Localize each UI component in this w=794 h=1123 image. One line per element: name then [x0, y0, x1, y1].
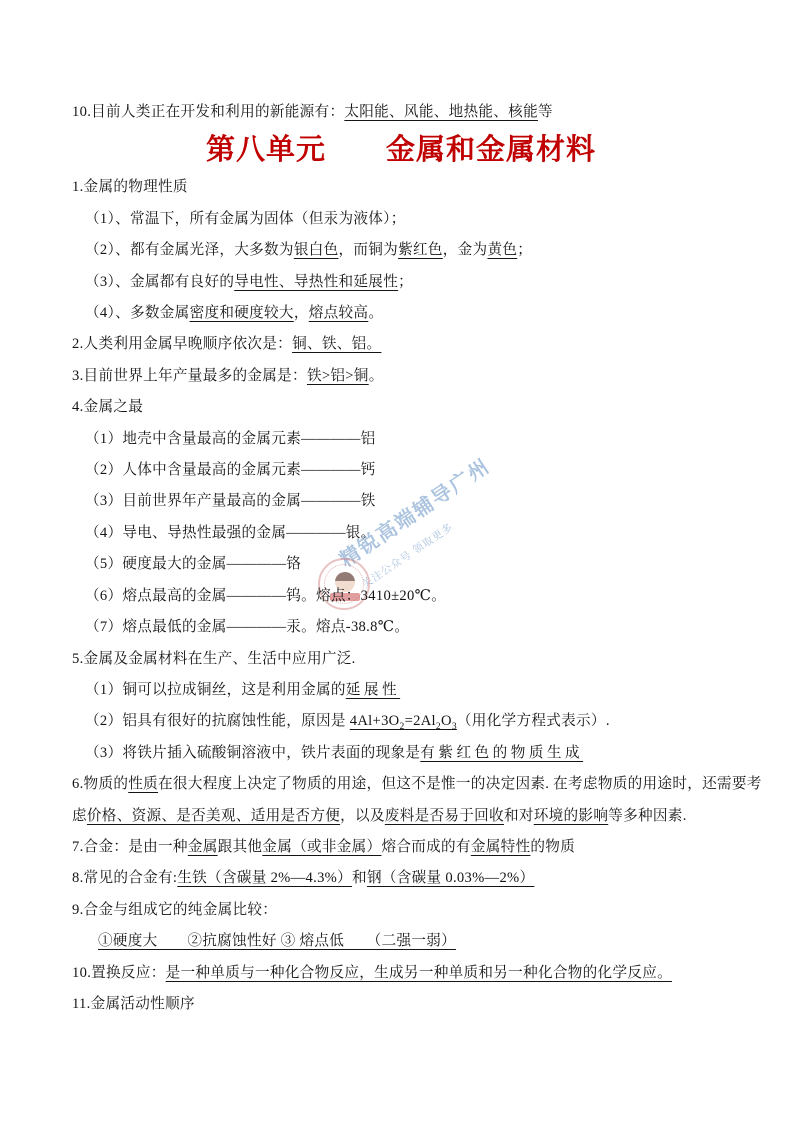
- underlined-text: 导电性、导热性和延展性: [234, 274, 398, 290]
- text-run: （2）铝具有很好的抗腐蚀性能，原因是: [85, 713, 350, 729]
- underlined-text: 金属特性: [471, 839, 531, 855]
- text-run: （3）、金属都有良好的: [85, 274, 234, 290]
- paragraph: （3）、金属都有良好的导电性、导热性和延展性；: [72, 267, 730, 298]
- paragraph: （1）铜可以拉成铜丝，这是利用金属的延展性: [72, 675, 730, 706]
- document-body: 10.目前人类正在开发和利用的新能源有：太阳能、风能、地热能、核能等第八单元 金…: [0, 0, 794, 1020]
- text-run: ；: [398, 274, 413, 290]
- underlined-text: 钢（含碳量 0.03%—2%）: [367, 870, 534, 886]
- text-run: 2.人类利用金属早晚顺序依次是：: [72, 336, 292, 352]
- paragraph: （2）铝具有很好的抗腐蚀性能，原因是 4Al+3O2=2Al2O3（用化学方程式…: [72, 706, 730, 737]
- text-run: 8.常见的合金有:: [72, 870, 177, 886]
- paragraph: 虑价格、资源、是否美观、适用是否方便，以及废料是否易于回收和对环境的影响等多种因…: [72, 801, 730, 832]
- underlined-text: 密度和硬度较大: [190, 305, 294, 321]
- unit-title: 第八单元 金属和金属材料: [72, 128, 730, 172]
- underlined-text: 铁>铝>铜: [307, 368, 369, 384]
- text-run: 9.合金与组成它的纯金属比较：: [72, 902, 277, 918]
- text-run: 4.金属之最: [72, 399, 143, 415]
- text-run: ，金为: [443, 242, 488, 258]
- text-run: 等: [538, 104, 553, 120]
- paragraph: 2.人类利用金属早晚顺序依次是：铜、铁、铝。: [72, 329, 730, 360]
- text-run: （1）地壳中含量最高的金属元素————铝: [85, 431, 376, 447]
- paragraph: （5）硬度最大的金属————铬: [72, 549, 730, 580]
- paragraph: （6）熔点最高的金属————钨。熔点：3410±20℃。: [72, 581, 730, 612]
- text-run: 。: [369, 368, 384, 384]
- paragraph: （4）、多数金属密度和硬度较大，熔点较高。: [72, 298, 730, 329]
- paragraph: （1）地壳中含量最高的金属元素————铝: [72, 424, 730, 455]
- text-run: ，: [294, 305, 309, 321]
- text-run: （6）熔点最高的金属————钨。熔点：3410±20℃。: [85, 588, 446, 604]
- paragraph: （2）、都有金属光泽，大多数为银白色，而铜为紫红色，金为黄色；: [72, 235, 730, 266]
- paragraph: （3）将铁片插入硫酸铜溶液中，铁片表面的现象是有紫红色的物质生成: [72, 738, 730, 769]
- text-run: 和: [352, 870, 367, 886]
- text-run: （4）、多数金属: [85, 305, 190, 321]
- paragraph: 5.金属及金属材料在生产、生活中应用广泛.: [72, 644, 730, 675]
- paragraph: 8.常见的合金有:生铁（含碳量 2%—4.3%）和钢（含碳量 0.03%—2%）: [72, 863, 730, 894]
- text-run: （用化学方程式表示）.: [457, 713, 610, 729]
- text-run: 11.金属活动性顺序: [72, 996, 195, 1012]
- paragraph: 9.合金与组成它的纯金属比较：: [72, 895, 730, 926]
- text-run: 等多种因素.: [608, 808, 686, 824]
- underlined-text: 废料是否易于回收: [385, 808, 504, 824]
- underlined-text: 太阳能、风能、地热能、核能: [344, 104, 538, 120]
- underlined-text: 金属（或非金属）: [262, 839, 381, 855]
- underlined-text: 性质: [128, 776, 158, 792]
- text-run: ，而铜为: [339, 242, 399, 258]
- text-run: ，以及: [340, 808, 385, 824]
- text-run: （3）目前世界年产量最高的金属————铁: [85, 493, 376, 509]
- paragraph: 1.金属的物理性质: [72, 172, 730, 203]
- text-run: （2）人体中含量最高的金属元素————钙: [85, 462, 376, 478]
- text-run: 3.目前世界上年产量最多的金属是：: [72, 368, 307, 384]
- underlined-text: 黄色: [487, 242, 517, 258]
- paragraph: （4）导电、导热性最强的金属————银。: [72, 518, 730, 549]
- paragraph: 4.金属之最: [72, 392, 730, 423]
- text-run: （3）将铁片插入硫酸铜溶液中，铁片表面的现象是: [85, 745, 420, 761]
- underlined-text: 铜、铁、铝。: [292, 336, 381, 352]
- paragraph: 6.物质的性质在很大程度上决定了物质的用途，但这不是惟一的决定因素. 在考虑物质…: [72, 769, 730, 800]
- underlined-text: 是一种单质与一种化合物反应，生成另一种单质和另一种化合物的化学反应。: [166, 965, 672, 981]
- underlined-text: 生铁（含碳量 2%—4.3%）: [177, 870, 352, 886]
- paragraph: （1）、常温下，所有金属为固体（但汞为液体）；: [72, 204, 730, 235]
- text-run: （1）、常温下，所有金属为固体（但汞为液体）；: [85, 211, 406, 227]
- text-run: （7）熔点最低的金属————汞。熔点-38.8℃。: [85, 619, 409, 635]
- paragraph: 10.目前人类正在开发和利用的新能源有：太阳能、风能、地热能、核能等: [72, 97, 730, 128]
- text-run: 在很大程度上决定了物质的用途，但这不是惟一的决定因素. 在考虑物质的用途时，还需…: [158, 776, 762, 792]
- paragraph: （3）目前世界年产量最高的金属————铁: [72, 486, 730, 517]
- text-run: 和对: [504, 808, 534, 824]
- underlined-text: 环境的影响: [534, 808, 608, 824]
- paragraph: 10.置换反应：是一种单质与一种化合物反应，生成另一种单质和另一种化合物的化学反…: [72, 958, 730, 989]
- paragraph: 3.目前世界上年产量最多的金属是：铁>铝>铜。: [72, 361, 730, 392]
- text-run: 10.置换反应：: [72, 965, 166, 981]
- text-run: 跟其他: [218, 839, 263, 855]
- text-run: 。: [368, 305, 383, 321]
- underlined-text: 熔点较高: [309, 305, 369, 321]
- paragraph: 11.金属活动性顺序: [72, 989, 730, 1020]
- text-run: ；: [517, 242, 532, 258]
- text-run: 10.目前人类正在开发和利用的新能源有：: [72, 104, 344, 120]
- text-run: （4）导电、导热性最强的金属————银。: [85, 525, 376, 541]
- underlined-text: ①硬度大 ②抗腐蚀性好 ③ 熔点低 （二强一弱）: [98, 933, 456, 949]
- underlined-text: 银白色: [294, 242, 339, 258]
- underlined-text: 4Al+3O2=2Al2O3: [350, 713, 457, 729]
- underlined-text: 金属: [188, 839, 218, 855]
- paragraph: ①硬度大 ②抗腐蚀性好 ③ 熔点低 （二强一弱）: [72, 926, 730, 957]
- text-run: 6.物质的: [72, 776, 128, 792]
- text-run: 的物质: [530, 839, 575, 855]
- text-run: 1.金属的物理性质: [72, 179, 188, 195]
- text-run: 虑: [72, 808, 87, 824]
- underlined-text: 延展性: [346, 682, 400, 698]
- paragraph: 7.合金：是由一种金属跟其他金属（或非金属）熔合而成的有金属特性的物质: [72, 832, 730, 863]
- underlined-text: 紫红色: [398, 242, 443, 258]
- paragraph: （2）人体中含量最高的金属元素————钙: [72, 455, 730, 486]
- underlined-text: 价格、资源、是否美观、适用是否方便: [87, 808, 340, 824]
- paragraph: （7）熔点最低的金属————汞。熔点-38.8℃。: [72, 612, 730, 643]
- text-run: 熔合而成的有: [381, 839, 470, 855]
- text-run: （1）铜可以拉成铜丝，这是利用金属的: [85, 682, 346, 698]
- text-run: 5.金属及金属材料在生产、生活中应用广泛.: [72, 651, 356, 667]
- text-run: （2）、都有金属光泽，大多数为: [85, 242, 294, 258]
- text-run: （5）硬度最大的金属————铬: [85, 556, 301, 572]
- text-run: 7.合金：是由一种: [72, 839, 188, 855]
- underlined-text: 有紫红色的物质生成: [420, 745, 583, 761]
